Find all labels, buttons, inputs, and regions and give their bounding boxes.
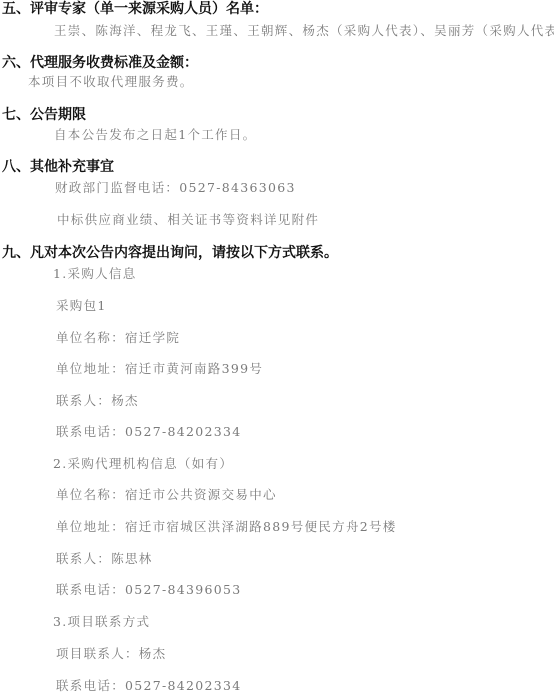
- notice-period-text: 自本公告发布之日起1个工作日。: [54, 125, 256, 145]
- section-8-heading: 八、其他补充事宜: [2, 157, 114, 177]
- agency-contact: 联系人：陈思林: [56, 549, 153, 569]
- section-5-heading: 五、评审专家（单一来源采购人员）名单：: [2, 0, 268, 19]
- purchaser-name: 单位名称：宿迁学院: [56, 328, 180, 348]
- project-contact-person: 项目联系人：杨杰: [56, 644, 166, 664]
- purchaser-contact: 联系人：杨杰: [56, 391, 139, 411]
- review-experts-list: 王崇、陈海洋、程龙飞、王瑾、王朝辉、杨杰（采购人代表）、吴丽芳（采购人代表）: [54, 21, 554, 41]
- purchaser-package: 采购包1: [56, 296, 107, 316]
- agency-info-title: 2.采购代理机构信息（如有）: [53, 454, 233, 474]
- agency-fee-text: 本项目不收取代理服务费。: [28, 72, 194, 92]
- project-contact-title: 3.项目联系方式: [53, 612, 150, 632]
- project-contact-phone: 联系电话：0527-84202334: [56, 676, 242, 694]
- purchaser-address: 单位地址：宿迁市黄河南路399号: [56, 359, 263, 379]
- purchaser-info-title: 1.采购人信息: [53, 264, 137, 284]
- section-6-heading: 六、代理服务收费标准及金额：: [2, 53, 198, 73]
- agency-name: 单位名称：宿迁市公共资源交易中心: [56, 485, 277, 505]
- agency-address: 单位地址：宿迁市宿城区洪泽湖路889号便民方舟2号楼: [56, 517, 397, 537]
- agency-phone: 联系电话：0527-84396053: [56, 580, 242, 600]
- supervision-phone-text: 财政部门监督电话：0527-84363063: [55, 178, 296, 198]
- section-9-heading: 九、凡对本次公告内容提出询问，请按以下方式联系。: [2, 243, 338, 263]
- purchaser-phone: 联系电话：0527-84202334: [56, 422, 242, 442]
- section-7-heading: 七、公告期限: [2, 105, 86, 125]
- attachment-note-text: 中标供应商业绩、相关证书等资料详见附件: [57, 210, 319, 230]
